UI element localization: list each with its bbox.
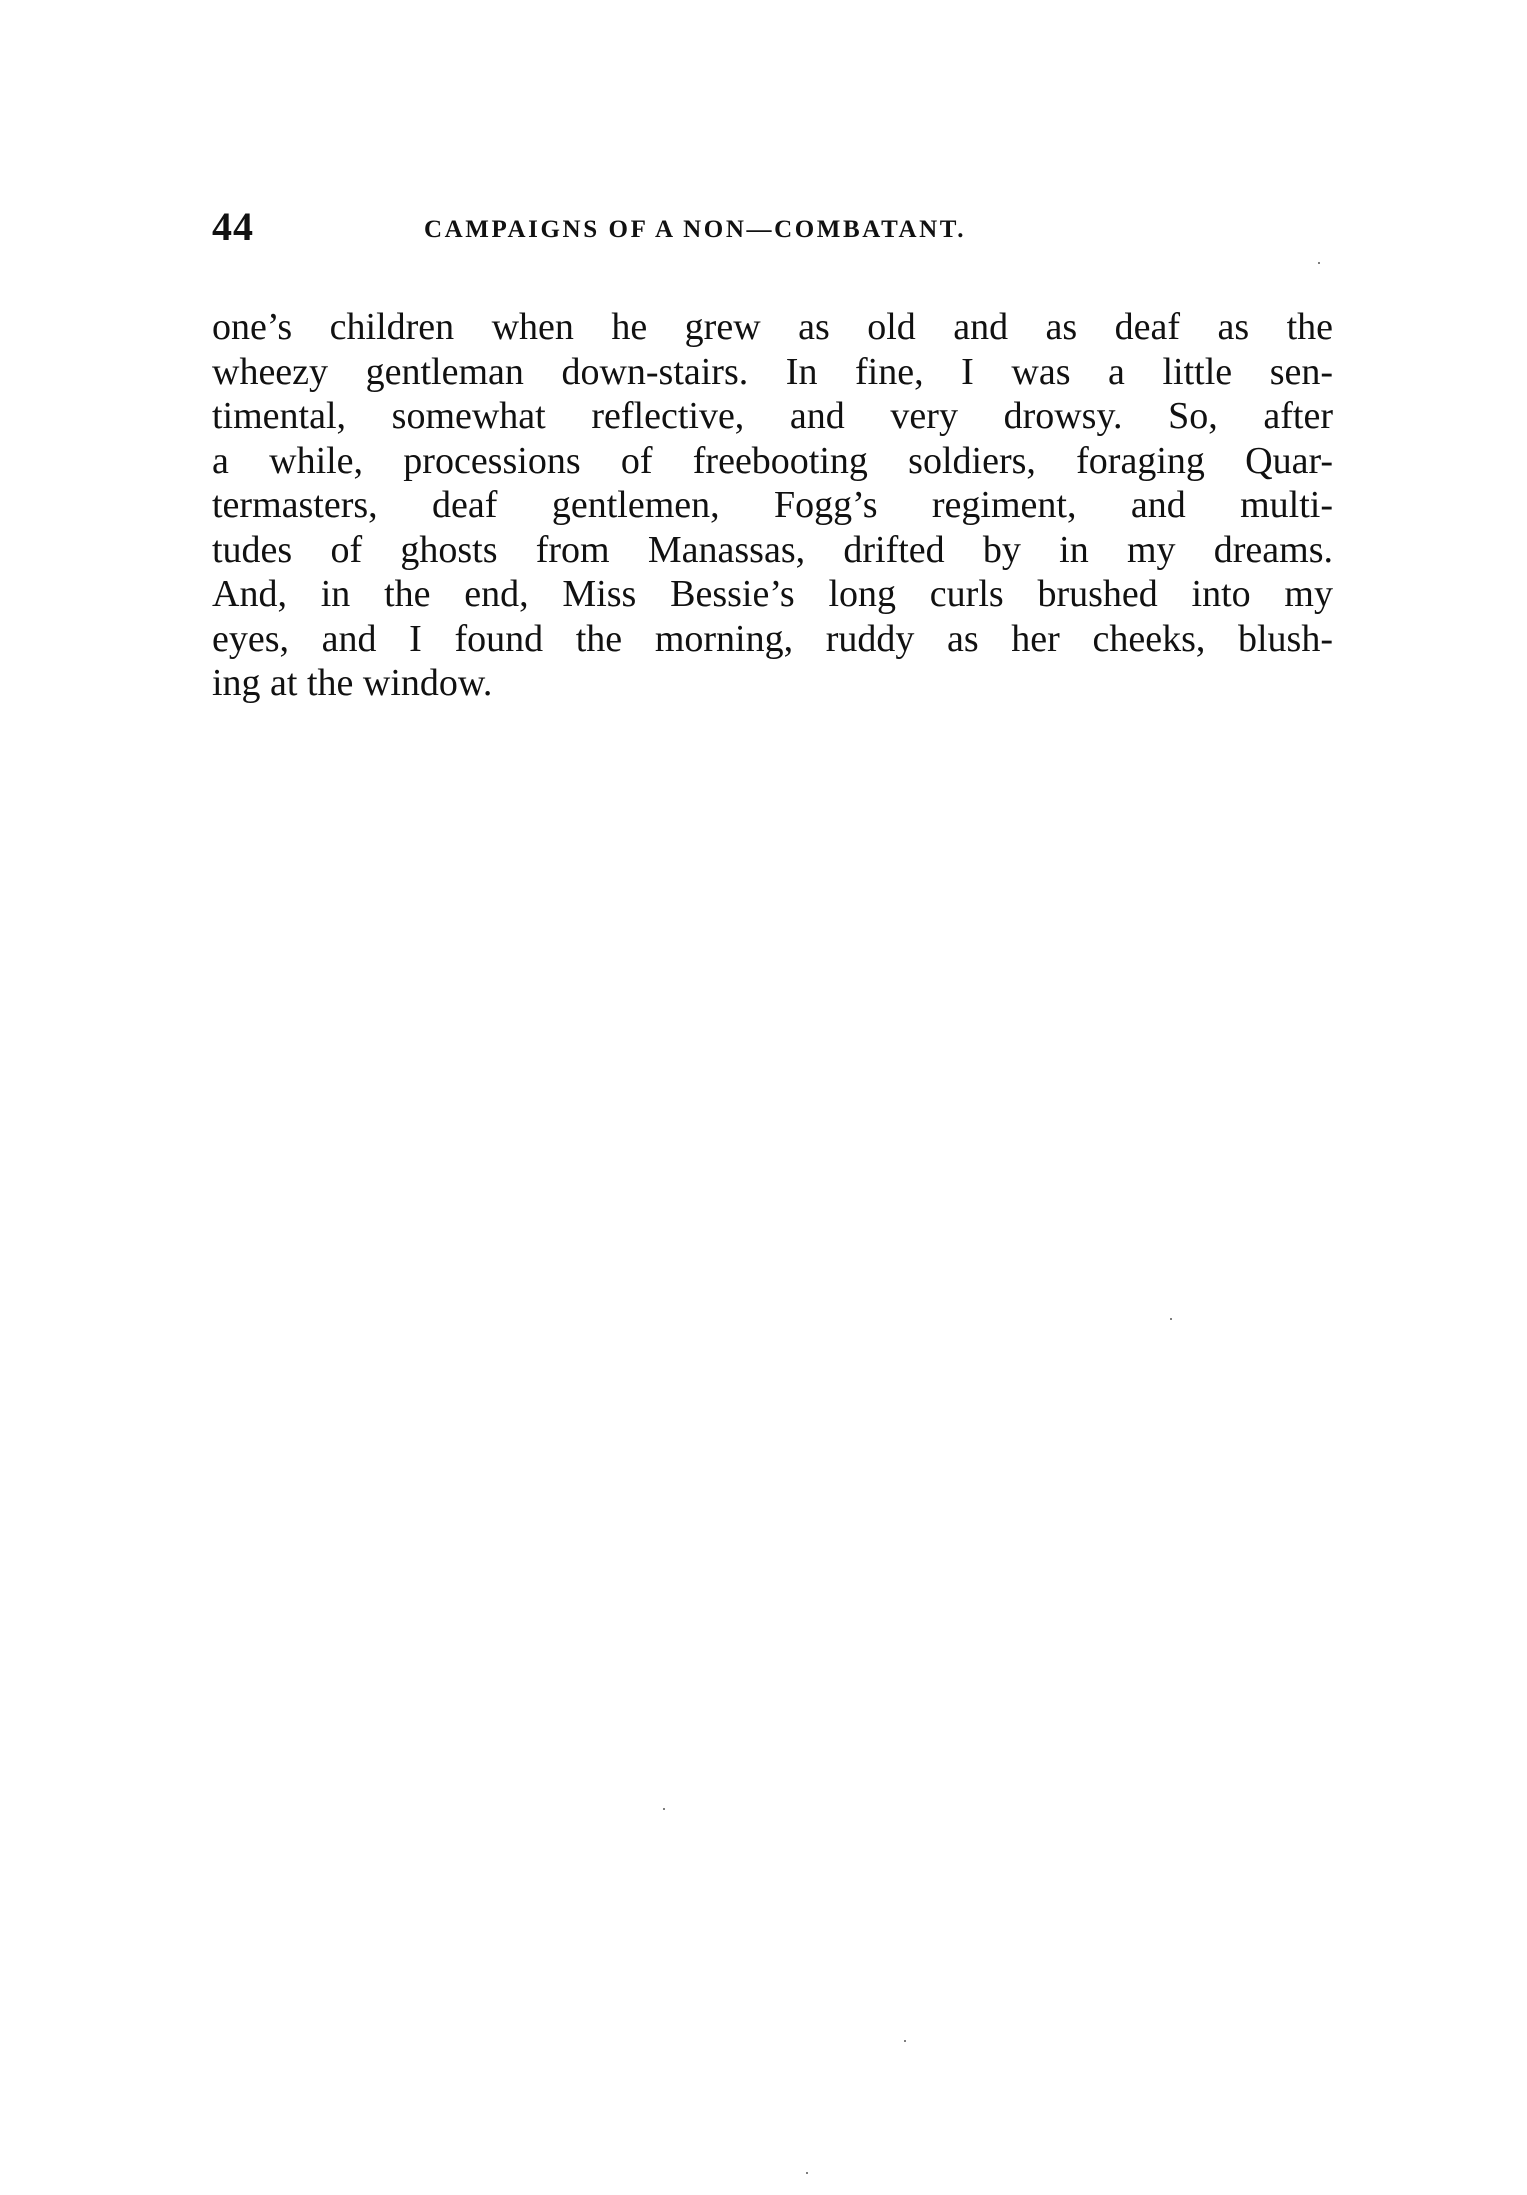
text-line: timental, somewhat reflective, and very … — [212, 394, 1333, 439]
text-line: termasters, deaf gentlemen, Fogg’s regim… — [212, 483, 1333, 528]
scan-speck — [904, 2040, 906, 2042]
scan-speck — [663, 1808, 665, 1810]
page-number: 44 — [212, 205, 254, 249]
text-line: a while, processions of freebooting sold… — [212, 439, 1333, 484]
text-line: ing at the window. — [212, 661, 1333, 706]
scan-speck — [806, 2172, 808, 2174]
text-line: wheezy gentleman down-stairs. In fine, I… — [212, 350, 1333, 395]
text-line: eyes, and I found the morning, ruddy as … — [212, 617, 1333, 662]
body-paragraph: one’s children when he grew as old and a… — [212, 305, 1333, 706]
text-line: And, in the end, Miss Bessie’s long curl… — [212, 572, 1333, 617]
text-line: one’s children when he grew as old and a… — [212, 305, 1333, 350]
scan-speck — [1170, 1318, 1172, 1320]
running-head: 44 CAMPAIGNS OF A NON—COMBATANT. — [212, 205, 1333, 249]
book-page: 44 CAMPAIGNS OF A NON—COMBATANT. one’s c… — [0, 0, 1527, 2195]
scan-speck — [1318, 262, 1320, 264]
running-title: CAMPAIGNS OF A NON—COMBATANT. — [424, 213, 966, 247]
text-line: tudes of ghosts from Manassas, drifted b… — [212, 528, 1333, 573]
